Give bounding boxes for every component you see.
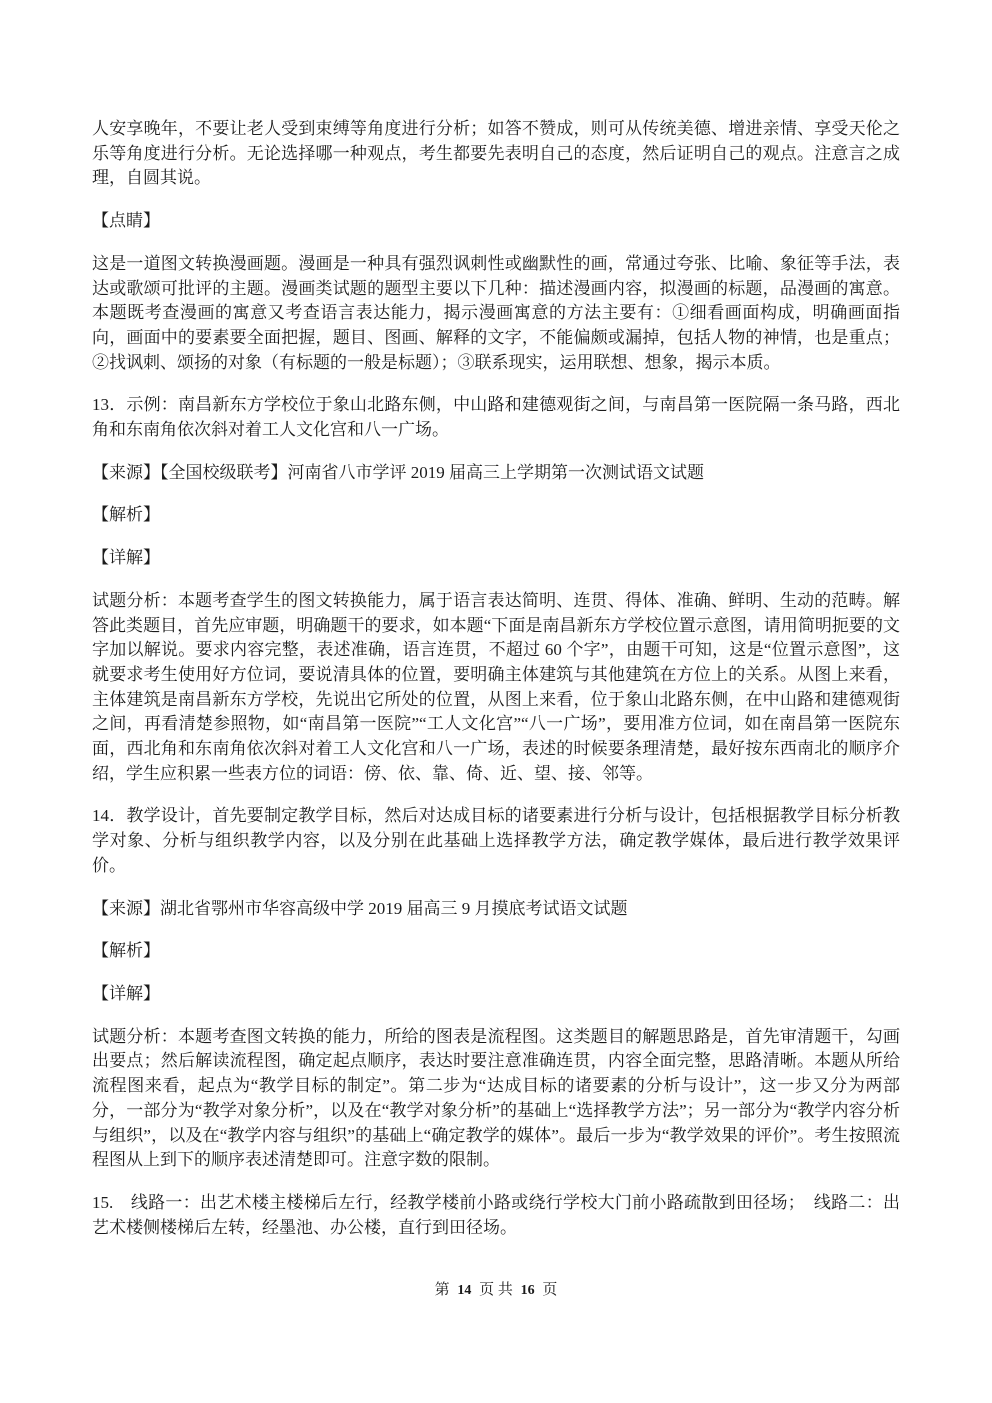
paragraph-analysis-13: 试题分析：本题考查学生的图文转换能力，属于语言表达简明、连贯、得体、准确、鲜明、… xyxy=(92,589,900,787)
footer-text-ye: 页 xyxy=(542,1282,557,1298)
label-xiangjie-14: 【详解】 xyxy=(92,982,900,1007)
paragraph-analysis-14: 试题分析：本题考查图文转换的能力，所给的图表是流程图。这类题目的解题思路是，首先… xyxy=(92,1025,900,1173)
label-jiexi-14: 【解析】 xyxy=(92,939,900,964)
paragraph-answer-14: 14．教学设计，首先要制定教学目标，然后对达成目标的诸要素进行分析与设计，包括根… xyxy=(92,804,900,878)
footer-total-pages: 16 xyxy=(521,1283,535,1298)
paragraph-source-13: 【来源】【全国校级联考】河南省八市学评 2019 届高三上学期第一次测试语文试题 xyxy=(92,461,900,486)
footer-text-ye-gong: 页 共 xyxy=(479,1282,513,1298)
footer-page-number: 14 xyxy=(457,1283,471,1298)
label-jiexi-13: 【解析】 xyxy=(92,503,900,528)
document-page: 人安享晚年，不要让老人受到束缚等角度进行分析；如答不赞成，则可从传统美德、增进亲… xyxy=(0,0,992,1403)
page-footer: 第 14 页 共 16 页 xyxy=(0,1278,992,1303)
footer-text-di: 第 xyxy=(435,1282,450,1298)
paragraph-answer-15: 15. 线路一：出艺术楼主楼梯后左行，经教学楼前小路或绕行学校大门前小路疏散到田… xyxy=(92,1191,900,1240)
label-dianjing: 【点睛】 xyxy=(92,209,900,234)
document-body: 人安享晚年，不要让老人受到束缚等角度进行分析；如答不赞成，则可从传统美德、增进亲… xyxy=(92,117,900,1258)
paragraph-dianjing-content: 这是一道图文转换漫画题。漫画是一种具有强烈讽刺性或幽默性的画，常通过夸张、比喻、… xyxy=(92,252,900,376)
paragraph-analysis-continuation: 人安享晚年，不要让老人受到束缚等角度进行分析；如答不赞成，则可从传统美德、增进亲… xyxy=(92,117,900,191)
paragraph-source-14: 【来源】湖北省鄂州市华容高级中学 2019 届高三 9 月摸底考试语文试题 xyxy=(92,897,900,922)
paragraph-answer-13: 13．示例：南昌新东方学校位于象山北路东侧，中山路和建德观街之间，与南昌第一医院… xyxy=(92,393,900,442)
label-xiangjie-13: 【详解】 xyxy=(92,546,900,571)
